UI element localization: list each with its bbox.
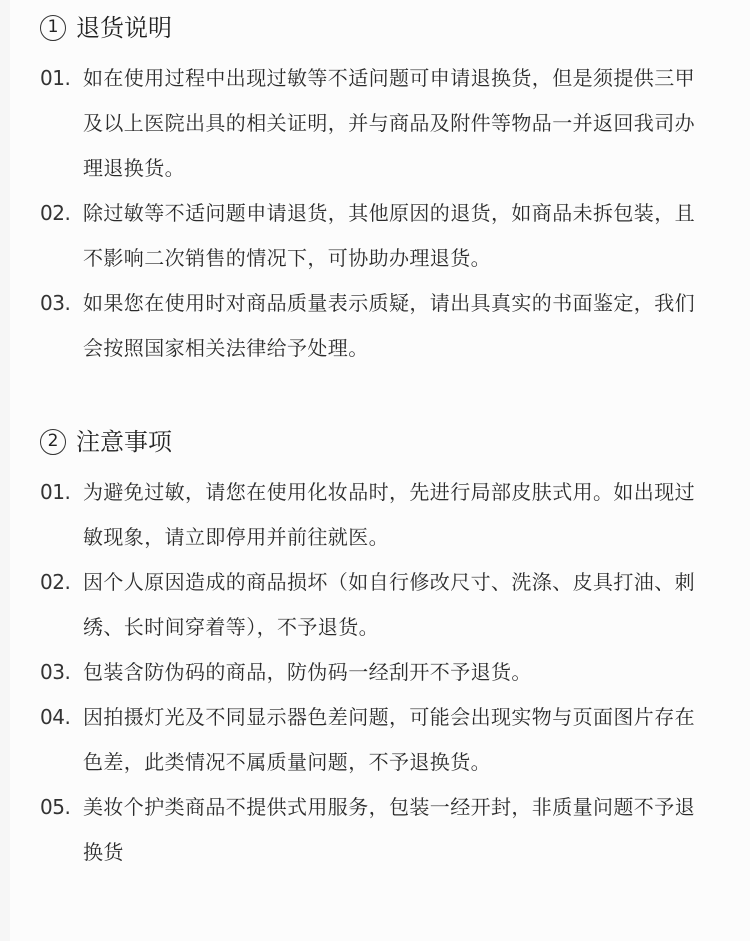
item-text: 因拍摄灯光及不同显示器色差问题，可能会出现实物与页面图片存在色差，此类情况不属质… bbox=[83, 695, 703, 785]
item-number: 01. bbox=[40, 470, 83, 515]
item-text: 如果您在使用时对商品质量表示质疑，请出具真实的书面鉴定，我们会按照国家相关法律给… bbox=[83, 281, 703, 371]
list-item: 04. 因拍摄灯光及不同显示器色差问题，可能会出现实物与页面图片存在色差，此类情… bbox=[40, 695, 740, 785]
return-policy-page: 1 退货说明 01. 如在使用过程中出现过敏等不适问题可申请退换货，但是须提供三… bbox=[0, 0, 750, 941]
notes-list: 01. 为避免过敏，请您在使用化妆品时，先进行局部皮肤式用。如出现过敏现象，请立… bbox=[40, 470, 740, 875]
item-number: 05. bbox=[40, 785, 83, 830]
item-text: 美妆个护类商品不提供式用服务，包装一经开封，非质量问题不予退换货 bbox=[83, 785, 703, 875]
notes-section: 2 注意事项 01. 为避免过敏，请您在使用化妆品时，先进行局部皮肤式用。如出现… bbox=[40, 422, 740, 875]
return-instructions-list: 01. 如在使用过程中出现过敏等不适问题可申请退换货，但是须提供三甲及以上医院出… bbox=[40, 56, 740, 371]
section-title-text: 注意事项 bbox=[76, 422, 172, 462]
left-edge-shade bbox=[0, 0, 10, 941]
item-text: 如在使用过程中出现过敏等不适问题可申请退换货，但是须提供三甲及以上医院出具的相关… bbox=[83, 56, 703, 191]
circled-number-icon: 2 bbox=[40, 429, 66, 455]
list-item: 02. 除过敏等不适问题申请退货，其他原因的退货，如商品未拆包装，且不影响二次销… bbox=[40, 191, 740, 281]
item-number: 03. bbox=[40, 650, 83, 695]
item-text: 因个人原因造成的商品损坏（如自行修改尺寸、洗涤、皮具打油、刺绣、长时间穿着等），… bbox=[83, 560, 703, 650]
section-title-text: 退货说明 bbox=[76, 8, 172, 48]
item-text: 除过敏等不适问题申请退货，其他原因的退货，如商品未拆包装，且不影响二次销售的情况… bbox=[83, 191, 703, 281]
list-item: 03. 包装含防伪码的商品，防伪码一经刮开不予退货。 bbox=[40, 650, 740, 695]
list-item: 02. 因个人原因造成的商品损坏（如自行修改尺寸、洗涤、皮具打油、刺绣、长时间穿… bbox=[40, 560, 740, 650]
return-instructions-section: 1 退货说明 01. 如在使用过程中出现过敏等不适问题可申请退换货，但是须提供三… bbox=[40, 8, 740, 371]
list-item: 03. 如果您在使用时对商品质量表示质疑，请出具真实的书面鉴定，我们会按照国家相… bbox=[40, 281, 740, 371]
item-text: 包装含防伪码的商品，防伪码一经刮开不予退货。 bbox=[83, 650, 703, 695]
circled-number-icon: 1 bbox=[40, 15, 66, 41]
item-number: 02. bbox=[40, 560, 83, 605]
section-title: 1 退货说明 bbox=[40, 8, 740, 48]
item-text: 为避免过敏，请您在使用化妆品时，先进行局部皮肤式用。如出现过敏现象，请立即停用并… bbox=[83, 470, 703, 560]
list-item: 01. 为避免过敏，请您在使用化妆品时，先进行局部皮肤式用。如出现过敏现象，请立… bbox=[40, 470, 740, 560]
section-title: 2 注意事项 bbox=[40, 422, 740, 462]
item-number: 04. bbox=[40, 695, 83, 740]
item-number: 01. bbox=[40, 56, 83, 101]
list-item: 05. 美妆个护类商品不提供式用服务，包装一经开封，非质量问题不予退换货 bbox=[40, 785, 740, 875]
list-item: 01. 如在使用过程中出现过敏等不适问题可申请退换货，但是须提供三甲及以上医院出… bbox=[40, 56, 740, 191]
item-number: 03. bbox=[40, 281, 83, 326]
item-number: 02. bbox=[40, 191, 83, 236]
